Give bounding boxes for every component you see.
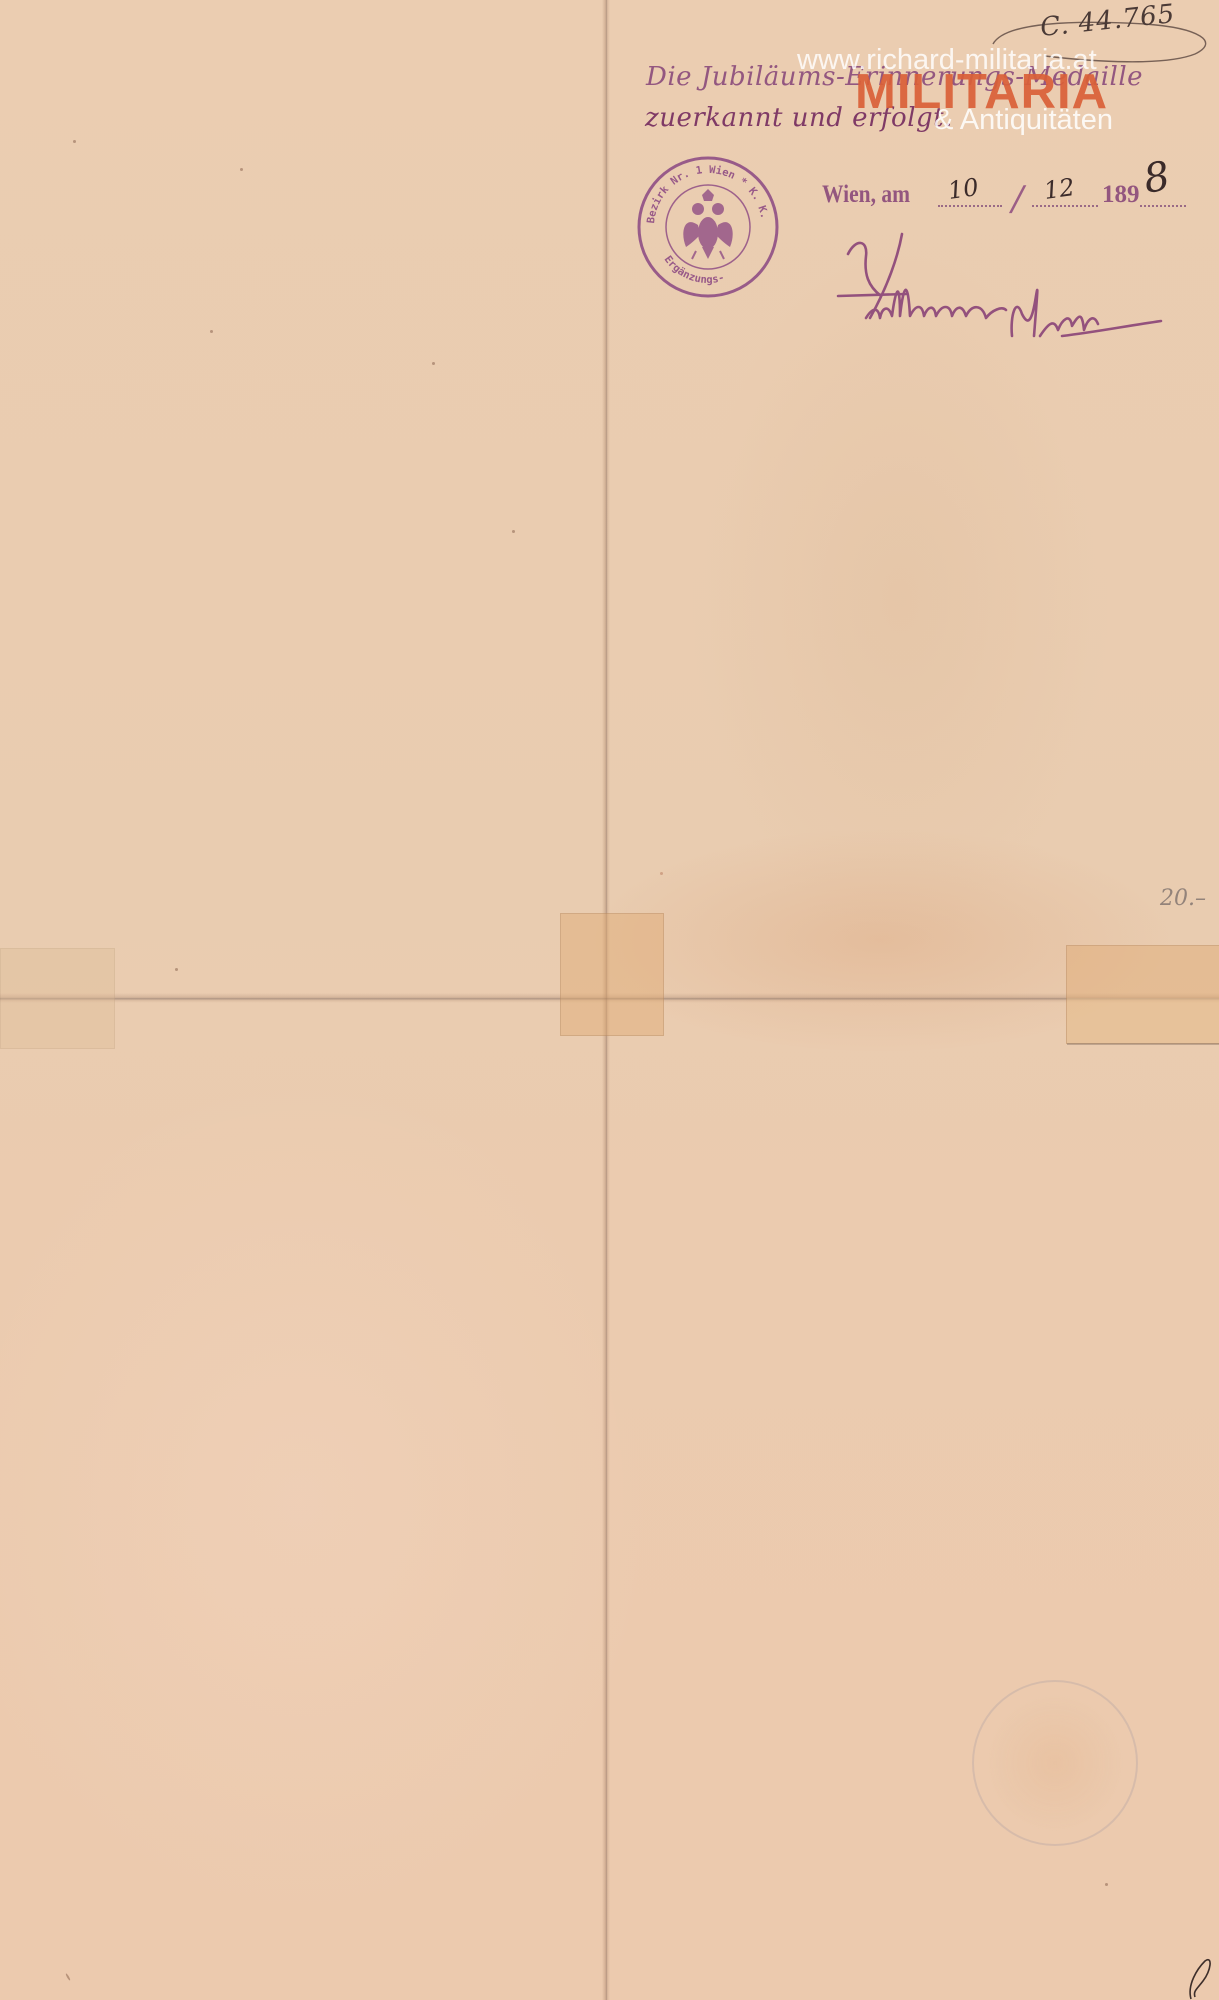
dotted-line (1032, 205, 1098, 207)
svg-text:Bezirk Nr. 1 Wien * K. K. Land: Bezirk Nr. 1 Wien * K. K. Landwehr- (636, 155, 771, 226)
tape-right (1066, 945, 1219, 1044)
tape-center (560, 913, 664, 1036)
dotted-line (1140, 205, 1186, 207)
svg-text:Ergänzungs-: Ergänzungs- (662, 254, 726, 286)
paper-speck (175, 968, 178, 971)
pencil-price-mark: 20.– (1160, 886, 1206, 911)
tape-left (0, 948, 115, 1049)
date-year-handwritten: 8 (1140, 153, 1173, 203)
official-stamp: Bezirk Nr. 1 Wien * K. K. Landwehr- Ergä… (636, 155, 780, 299)
date-month: 12 (1042, 173, 1076, 205)
dotted-line (938, 205, 1002, 207)
eagle-seal-icon: Bezirk Nr. 1 Wien * K. K. Landwehr- Ergä… (636, 155, 780, 299)
paper-speck (210, 330, 213, 333)
paper-speck (73, 140, 76, 143)
date-label: Wien, am (822, 181, 910, 209)
paper-speck (240, 168, 243, 171)
faded-stamp-impression (972, 1680, 1138, 1846)
date-separator: / (1008, 179, 1028, 219)
date-day: 10 (946, 173, 980, 205)
paper-speck (65, 1973, 71, 1981)
paper-speck (432, 362, 435, 365)
corner-pencil-mark (1183, 1955, 1213, 2000)
watermark-subtitle: & Antiquitäten (934, 104, 1113, 137)
paper-speck (512, 530, 515, 533)
signature (826, 226, 1171, 356)
date-year-printed: 189 (1102, 181, 1140, 209)
pencil-letter-icon (1183, 1955, 1213, 2000)
signature-scrawl-icon (826, 226, 1171, 356)
document-page: C. 44.765 Die Jubiläums-Erinnerungs-Meda… (0, 0, 1219, 2000)
paper-speck (660, 872, 663, 875)
paper-speck (1105, 1883, 1108, 1886)
